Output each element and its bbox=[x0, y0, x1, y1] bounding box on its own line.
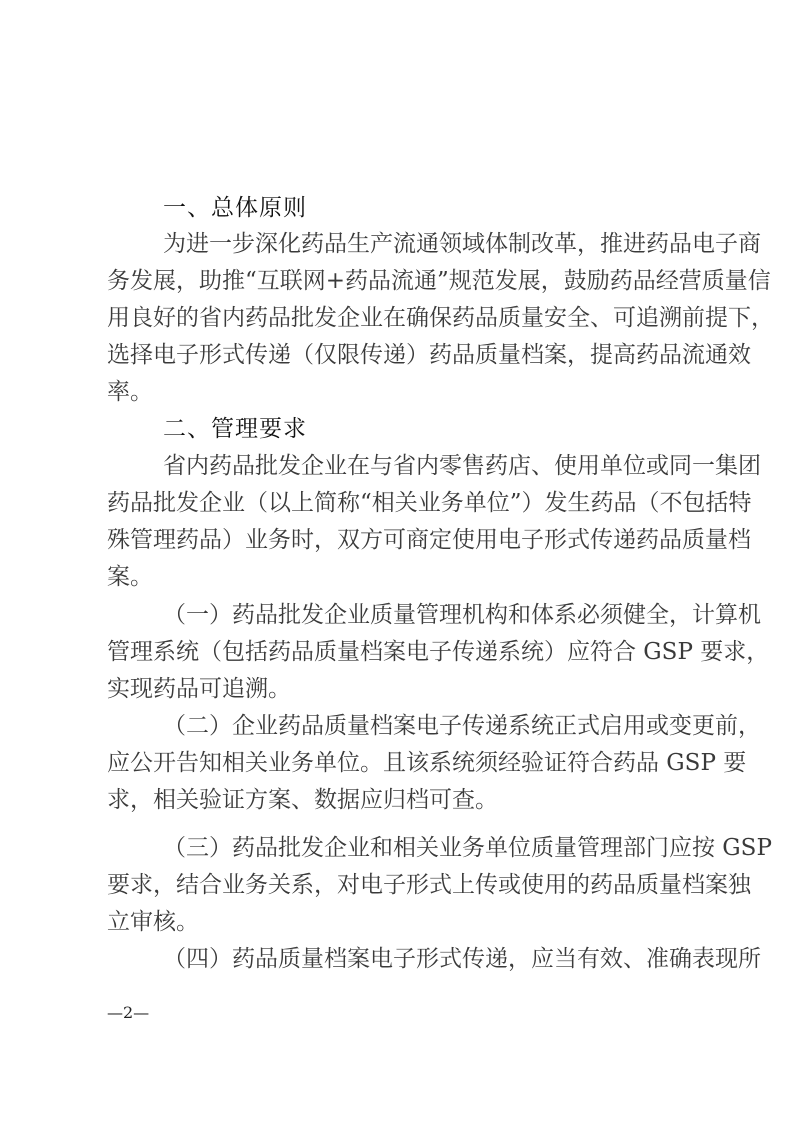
paragraph-line: 选择电子形式传递（仅限传递）药品质量档案，提高药品流通效 bbox=[107, 337, 693, 374]
paragraph-line: 用良好的省内药品批发企业在确保药品质量安全、可追溯前提下， bbox=[107, 300, 693, 337]
paragraph-line: 管理系统（包括药品质量档案电子传递系统）应符合 GSP 要求， bbox=[107, 634, 693, 671]
paragraph-line: （四）药品质量档案电子形式传递，应当有效、准确表现所 bbox=[163, 941, 693, 978]
section-heading-requirements: 二、管理要求 bbox=[163, 411, 307, 448]
paragraph-line: 殊管理药品）业务时，双方可商定使用电子形式传递药品质量档 bbox=[107, 522, 693, 559]
section-heading-principles: 一、总体原则 bbox=[163, 190, 307, 227]
paragraph-line: 要求，结合业务关系，对电子形式上传或使用的药品质量档案独 bbox=[107, 867, 693, 904]
paragraph-line: 率。 bbox=[107, 374, 693, 411]
page-number: —2— bbox=[107, 1003, 149, 1022]
paragraph-line: 立审核。 bbox=[107, 904, 693, 941]
paragraph-line: 求，相关验证方案、数据应归档可查。 bbox=[107, 782, 693, 819]
paragraph-line: （三）药品批发企业和相关业务单位质量管理部门应按 GSP bbox=[163, 830, 693, 867]
paragraph-line: 省内药品批发企业在与省内零售药店、使用单位或同一集团 bbox=[163, 448, 693, 485]
paragraph-line: （一）药品批发企业质量管理机构和体系必须健全，计算机 bbox=[163, 597, 693, 634]
paragraph-line: 为进一步深化药品生产流通领域体制改革，推进药品电子商 bbox=[163, 226, 693, 263]
paragraph-line: 应公开告知相关业务单位。且该系统须经验证符合药品 GSP 要 bbox=[107, 745, 693, 782]
paragraph-line: 实现药品可追溯。 bbox=[107, 671, 693, 708]
paragraph-line: 药品批发企业（以上简称“相关业务单位”）发生药品（不包括特 bbox=[107, 485, 693, 522]
paragraph-line: 案。 bbox=[107, 559, 693, 596]
paragraph-line: 务发展，助推“互联网+药品流通”规范发展，鼓励药品经营质量信 bbox=[107, 263, 693, 300]
paragraph-line: （二）企业药品质量档案电子传递系统正式启用或变更前， bbox=[163, 708, 693, 745]
